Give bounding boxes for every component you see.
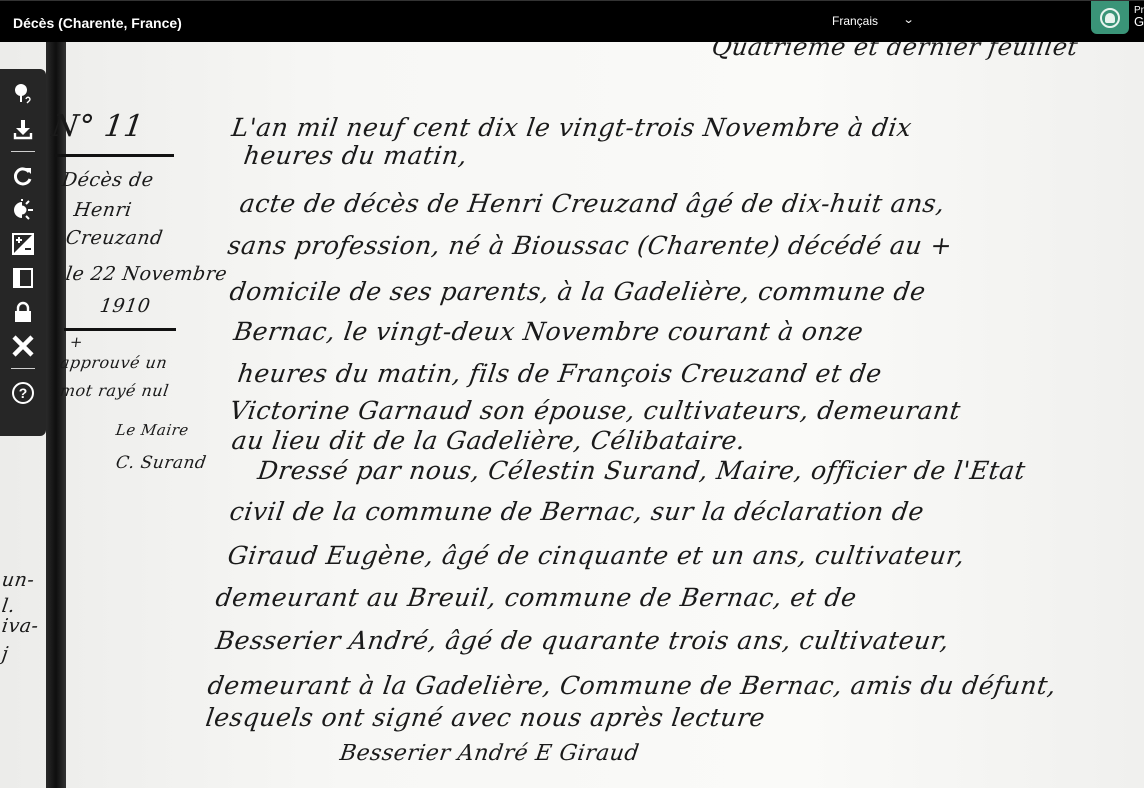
record-line: acte de décès de Henri Creuzand âgé de d… [238,189,947,218]
toolbar-divider [11,368,35,369]
sheet-note: Quatrième et dernier feuillet [710,41,1080,61]
record-line: au lieu dit de la Gadelière, Célibataire… [230,426,748,455]
download-button[interactable] [6,113,40,145]
chevron-down-icon[interactable]: ⌄ [903,13,915,26]
margin-rule [64,328,176,331]
download-icon [12,118,34,140]
close-viewer-button[interactable] [6,330,40,362]
record-line: domicile de ses parents, à la Gadelière,… [228,277,928,306]
record-line: heures du matin, [242,141,469,170]
record-line: demeurant à la Gadelière, Commune de Ber… [206,671,1058,700]
attach-to-tree-button[interactable] [6,79,40,111]
record-line: Bernac, le vingt-deux Novembre courant à… [232,317,865,346]
top-bar: Décès (Charente, France) Français ⌄ Pr G [0,0,1144,42]
margin-rule [54,154,174,157]
viewer-toolbar: ? [0,69,46,436]
record-line: L'an mil neuf cent dix le vingt-trois No… [230,113,914,142]
invert-button[interactable] [6,262,40,294]
record-line: Giraud Eugène, âgé de cinquante et un an… [226,541,967,570]
record-line: civil de la commune de Bernac, sur la dé… [228,497,926,526]
help-icon: ? [11,381,35,405]
contrast-plus-minus-icon [12,233,34,255]
rotate-button[interactable] [6,160,40,192]
close-icon [11,334,35,358]
record-line: lesquels ont signé avec nous après lectu… [204,703,767,732]
rotate-icon [12,165,34,187]
margin-annotation: mot rayé nul [59,381,170,400]
help-button[interactable]: ? [6,377,40,409]
toolbar-divider [11,151,35,152]
record-line: heures du matin, fils de François Creuza… [236,359,884,388]
brightness-button[interactable] [6,194,40,226]
margin-annotation: C. Surand [115,453,208,473]
record-line: demeurant au Breuil, commune de Bernac, … [214,583,859,612]
brand-logo[interactable] [1091,1,1129,34]
invert-icon [12,267,34,289]
margin-line: Creuzand [64,227,164,249]
record-line: sans profession, né à Bioussac (Charente… [226,231,954,260]
left-page-fragment: iva- [0,615,40,637]
margin-line: Henri [72,199,133,221]
left-page-fragment: un- [0,569,35,591]
tree-logo-icon [1100,8,1120,28]
lock-button[interactable] [6,296,40,328]
margin-line: 1910 [98,295,151,317]
margin-annotation: approuvé un [59,353,169,372]
lock-icon [12,301,34,323]
left-page-fragment: j [0,643,9,665]
brightness-icon [11,198,35,222]
record-number: N° 11 [50,109,146,144]
record-line: Victorine Garnaud son épouse, cultivateu… [228,396,963,425]
brand-text: Pr G [1134,5,1144,27]
margin-line: le 22 Novembre [64,263,228,285]
margin-line: Décès de [60,169,155,191]
language-select[interactable]: Français [832,14,878,28]
tree-link-icon [11,83,35,107]
signatures: Besserier André E Giraud [338,741,641,766]
record-image[interactable]: un- l. iva- j Quatrième et dernier feuil… [0,41,1144,788]
record-line: Besserier André, âgé de quarante trois a… [214,626,951,655]
svg-text:?: ? [19,385,28,401]
left-page-fragment: l. [0,595,16,617]
page-title: Décès (Charente, France) [13,15,182,31]
record-line: Dressé par nous, Célestin Surand, Maire,… [256,456,1028,485]
margin-annotation: + [69,333,85,351]
margin-annotation: Le Maire [115,421,190,439]
contrast-button[interactable] [6,228,40,260]
